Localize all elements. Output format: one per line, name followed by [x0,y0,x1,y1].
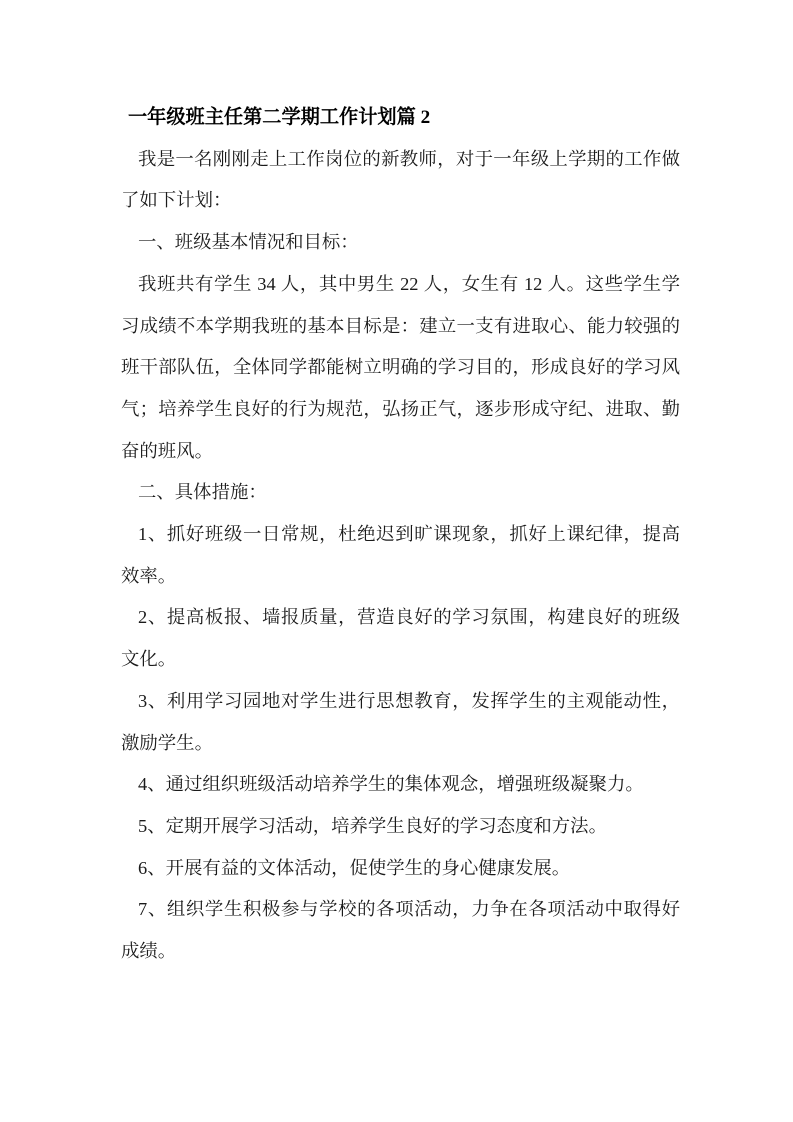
text-line: 6、开展有益的文体活动，促使学生的身心健康发展。 [121,848,680,890]
measure-item-1: 1、抓好班级一日常规，杜绝迟到旷课现象，抓好上课纪律，提高效率。 [121,514,680,597]
measure-item-7: 7、组织学生积极参与学校的各项活动，力争在各项活动中取得好成绩。 [121,889,680,972]
text-line: 我是一名刚刚走上工作岗位的新教师，对于一年级上学期的工作做 [121,139,680,181]
text-line: 我班共有学生 34 人，其中男生 22 人，女生有 12 人。这些学生学 [121,264,680,306]
text-line: 了如下计划： [121,180,680,222]
measure-item-4: 4、通过组织班级活动培养学生的集体观念，增强班级凝聚力。 [121,764,680,806]
text-line: 气；培养学生良好的行为规范，弘扬正气，逐步形成守纪、进取、勤 [121,389,680,431]
measure-item-5: 5、定期开展学习活动，培养学生良好的学习态度和方法。 [121,806,680,848]
document-title: 一年级班主任第二学期工作计划篇 2 [128,97,680,139]
class-overview-paragraph: 我班共有学生 34 人，其中男生 22 人，女生有 12 人。这些学生学习成绩不… [121,264,680,473]
document-body: 我是一名刚刚走上工作岗位的新教师，对于一年级上学期的工作做了如下计划：一、班级基… [121,139,680,973]
text-line: 2、提高板报、墙报质量，营造良好的学习氛围，构建良好的班级 [121,597,680,639]
text-line: 5、定期开展学习活动，培养学生良好的学习态度和方法。 [121,806,680,848]
measure-item-2: 2、提高板报、墙报质量，营造良好的学习氛围，构建良好的班级文化。 [121,597,680,680]
text-line: 1、抓好班级一日常规，杜绝迟到旷课现象，抓好上课纪律，提高 [121,514,680,556]
measure-item-6: 6、开展有益的文体活动，促使学生的身心健康发展。 [121,848,680,890]
text-line: 文化。 [121,639,680,681]
text-line: 4、通过组织班级活动培养学生的集体观念，增强班级凝聚力。 [121,764,680,806]
measure-item-3: 3、利用学习园地对学生进行思想教育，发挥学生的主观能动性，激励学生。 [121,681,680,764]
text-line: 效率。 [121,556,680,598]
text-line: 班干部队伍，全体同学都能树立明确的学习目的，形成良好的学习风 [121,347,680,389]
text-line: 一、班级基本情况和目标： [121,222,680,264]
text-line: 奋的班风。 [121,431,680,473]
text-line: 成绩。 [121,931,680,973]
section-2-heading: 二、具体措施： [121,472,680,514]
text-line: 习成绩不本学期我班的基本目标是：建立一支有进取心、能力较强的 [121,306,680,348]
text-line: 7、组织学生积极参与学校的各项活动，力争在各项活动中取得好 [121,889,680,931]
text-line: 激励学生。 [121,723,680,765]
text-line: 二、具体措施： [121,472,680,514]
intro-paragraph: 我是一名刚刚走上工作岗位的新教师，对于一年级上学期的工作做了如下计划： [121,139,680,222]
document-page: 一年级班主任第二学期工作计划篇 2 我是一名刚刚走上工作岗位的新教师，对于一年级… [0,0,793,1122]
section-1-heading: 一、班级基本情况和目标： [121,222,680,264]
text-line: 3、利用学习园地对学生进行思想教育，发挥学生的主观能动性， [121,681,680,723]
